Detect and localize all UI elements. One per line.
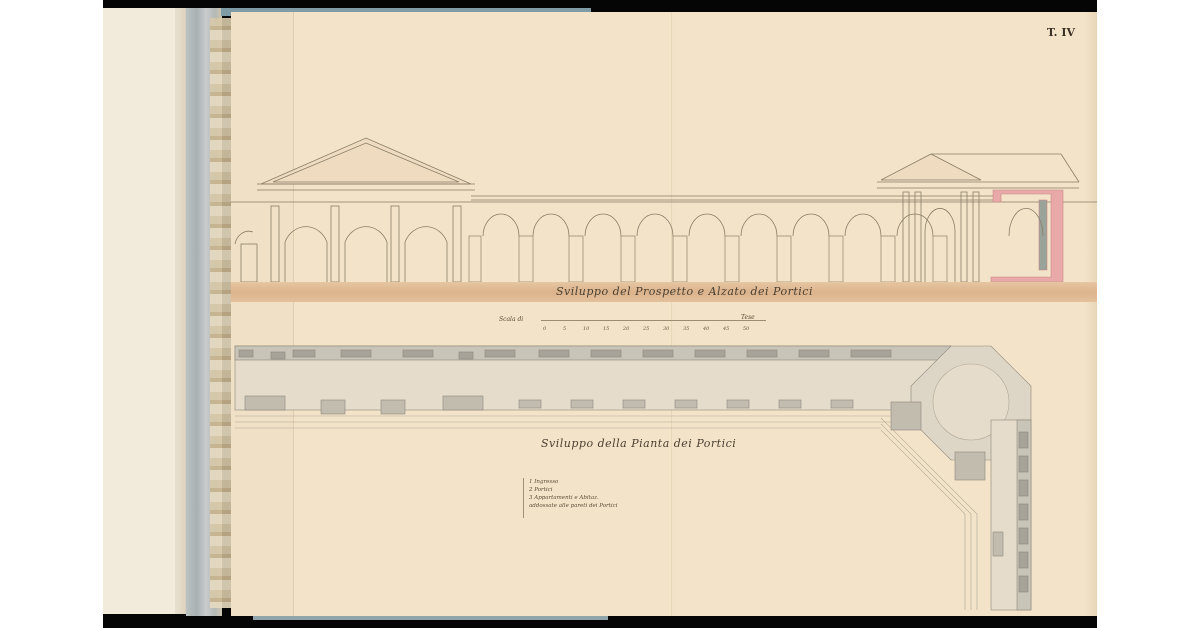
legend-item: 1 Ingresso (523, 478, 693, 486)
section-cut-pink (991, 190, 1063, 282)
right-pavilion (903, 192, 979, 282)
arcade-piers (469, 236, 947, 282)
portico-elevation-drawing (231, 132, 1097, 292)
arcade-arches (483, 214, 933, 236)
plan-caption: Sviluppo della Pianta dei Portici (541, 437, 736, 450)
scanned-page: T. IV (103, 0, 1097, 628)
legend-item: 3 Appartamenti e Abitaz. (523, 494, 693, 502)
flyleaf-fold (175, 8, 185, 614)
legend-item: 2 Portici (523, 486, 693, 494)
scale-unit: Tese (741, 314, 755, 321)
scale-line (541, 320, 766, 321)
legend-bracket (523, 478, 524, 518)
left-pavilion (271, 206, 461, 282)
drawing-sheet: T. IV (231, 12, 1097, 616)
front-flyleaf (103, 8, 186, 614)
torn-binding-edge (210, 18, 232, 608)
portico-floor-plan (231, 332, 1097, 622)
scale-label: Scala di (499, 316, 523, 323)
elevation-caption: Sviluppo del Prospetto e Alzato dei Port… (556, 285, 813, 298)
right-pediment (877, 154, 1079, 188)
book-spine (186, 8, 222, 616)
legend-item: addossate alle pareti dei Portici (523, 502, 693, 510)
plate-number: T. IV (1047, 26, 1075, 39)
legend: 1 Ingresso 2 Portici 3 Appartamenti e Ab… (523, 478, 693, 510)
